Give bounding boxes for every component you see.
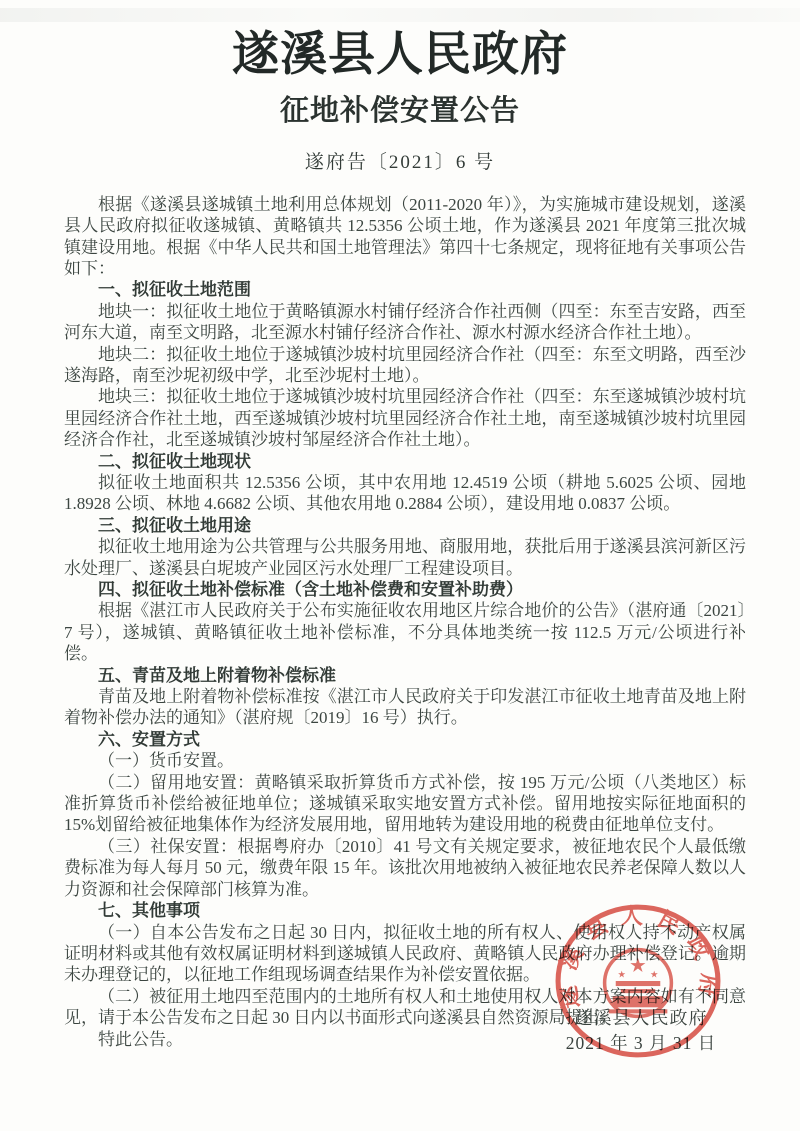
paragraph: 地块一：拟征收土地位于黄略镇源水村铺仔经济合作社西侧（四至：东至吉安路，西至河东… (64, 301, 746, 344)
paragraph: 拟征收土地用途为公共管理与公共服务用地、商服用地，获批后用于遂溪县滨河新区污水处… (64, 536, 746, 579)
document-body: 根据《遂溪县遂城镇土地利用总体规划（2011-2020 年）》，为实施城市建设规… (64, 194, 746, 1050)
paragraph: 地块二：拟征收土地位于遂城镇沙坡村坑里园经济合作社（四至：东至文明路，西至沙遂海… (64, 344, 746, 387)
section-heading: 六、安置方式 (64, 729, 746, 750)
paragraph: （三）社保安置：根据粤府办〔2010〕41 号文有关规定要求，被征地农民个人最低… (64, 836, 746, 900)
paragraph: 拟征收土地面积共 12.5356 公顷，其中农用地 12.4519 公顷（耕地 … (64, 472, 746, 515)
section-heading: 七、其他事项 (64, 900, 746, 921)
sections: 一、拟征收土地范围地块一：拟征收土地位于黄略镇源水村铺仔经济合作社西侧（四至：东… (64, 279, 746, 1050)
paragraph: （一）自本公告发布之日起 30 日内，拟征收土地的所有权人、使用权人持不动产权属… (64, 922, 746, 986)
signature-issuer: 遂溪县人民政府 (486, 1006, 796, 1031)
section-heading: 一、拟征收土地范围 (64, 279, 746, 300)
paragraph: 青苗及地上附着物补偿标准按《湛江市人民政府关于印发湛江市征收土地青苗及地上附着物… (64, 686, 746, 729)
paragraph: 地块三：拟征收土地位于遂城镇沙坡村坑里园经济合作社（四至：东至遂城镇沙坡村坑里园… (64, 386, 746, 450)
document-number: 遂府告〔2021〕6 号 (0, 147, 800, 174)
signature-date: 2021 年 3 月 31 日 (486, 1031, 796, 1055)
announcement-page: 遂溪县人民政府 征地补偿安置公告 遂府告〔2021〕6 号 根据《遂溪县遂城镇土… (0, 0, 800, 1131)
intro-paragraph: 根据《遂溪县遂城镇土地利用总体规划（2011-2020 年）》，为实施城市建设规… (64, 194, 746, 280)
signature-block: 遂溪县人民政府 2021 年 3 月 31 日 (486, 1006, 796, 1055)
section-heading: 三、拟征收土地用途 (64, 515, 746, 536)
paragraph: 根据《湛江市人民政府关于公布实施征收农用地区片综合地价的公告》（湛府通〔2021… (64, 600, 746, 664)
section-heading: 五、青苗及地上附着物补偿标准 (64, 665, 746, 686)
scan-artifact (0, 8, 800, 22)
paragraph: （二）留用地安置：黄略镇采取折算货币方式补偿，按 195 万元/公顷（八类地区）… (64, 772, 746, 836)
paragraph: （一）货币安置。 (64, 750, 746, 771)
page-title: 遂溪县人民政府 (0, 30, 800, 82)
section-heading: 四、拟征收土地补偿标准（含土地补偿费和安置补助费） (64, 579, 746, 600)
page-subtitle: 征地补偿安置公告 (0, 88, 800, 129)
section-heading: 二、拟征收土地现状 (64, 451, 746, 472)
